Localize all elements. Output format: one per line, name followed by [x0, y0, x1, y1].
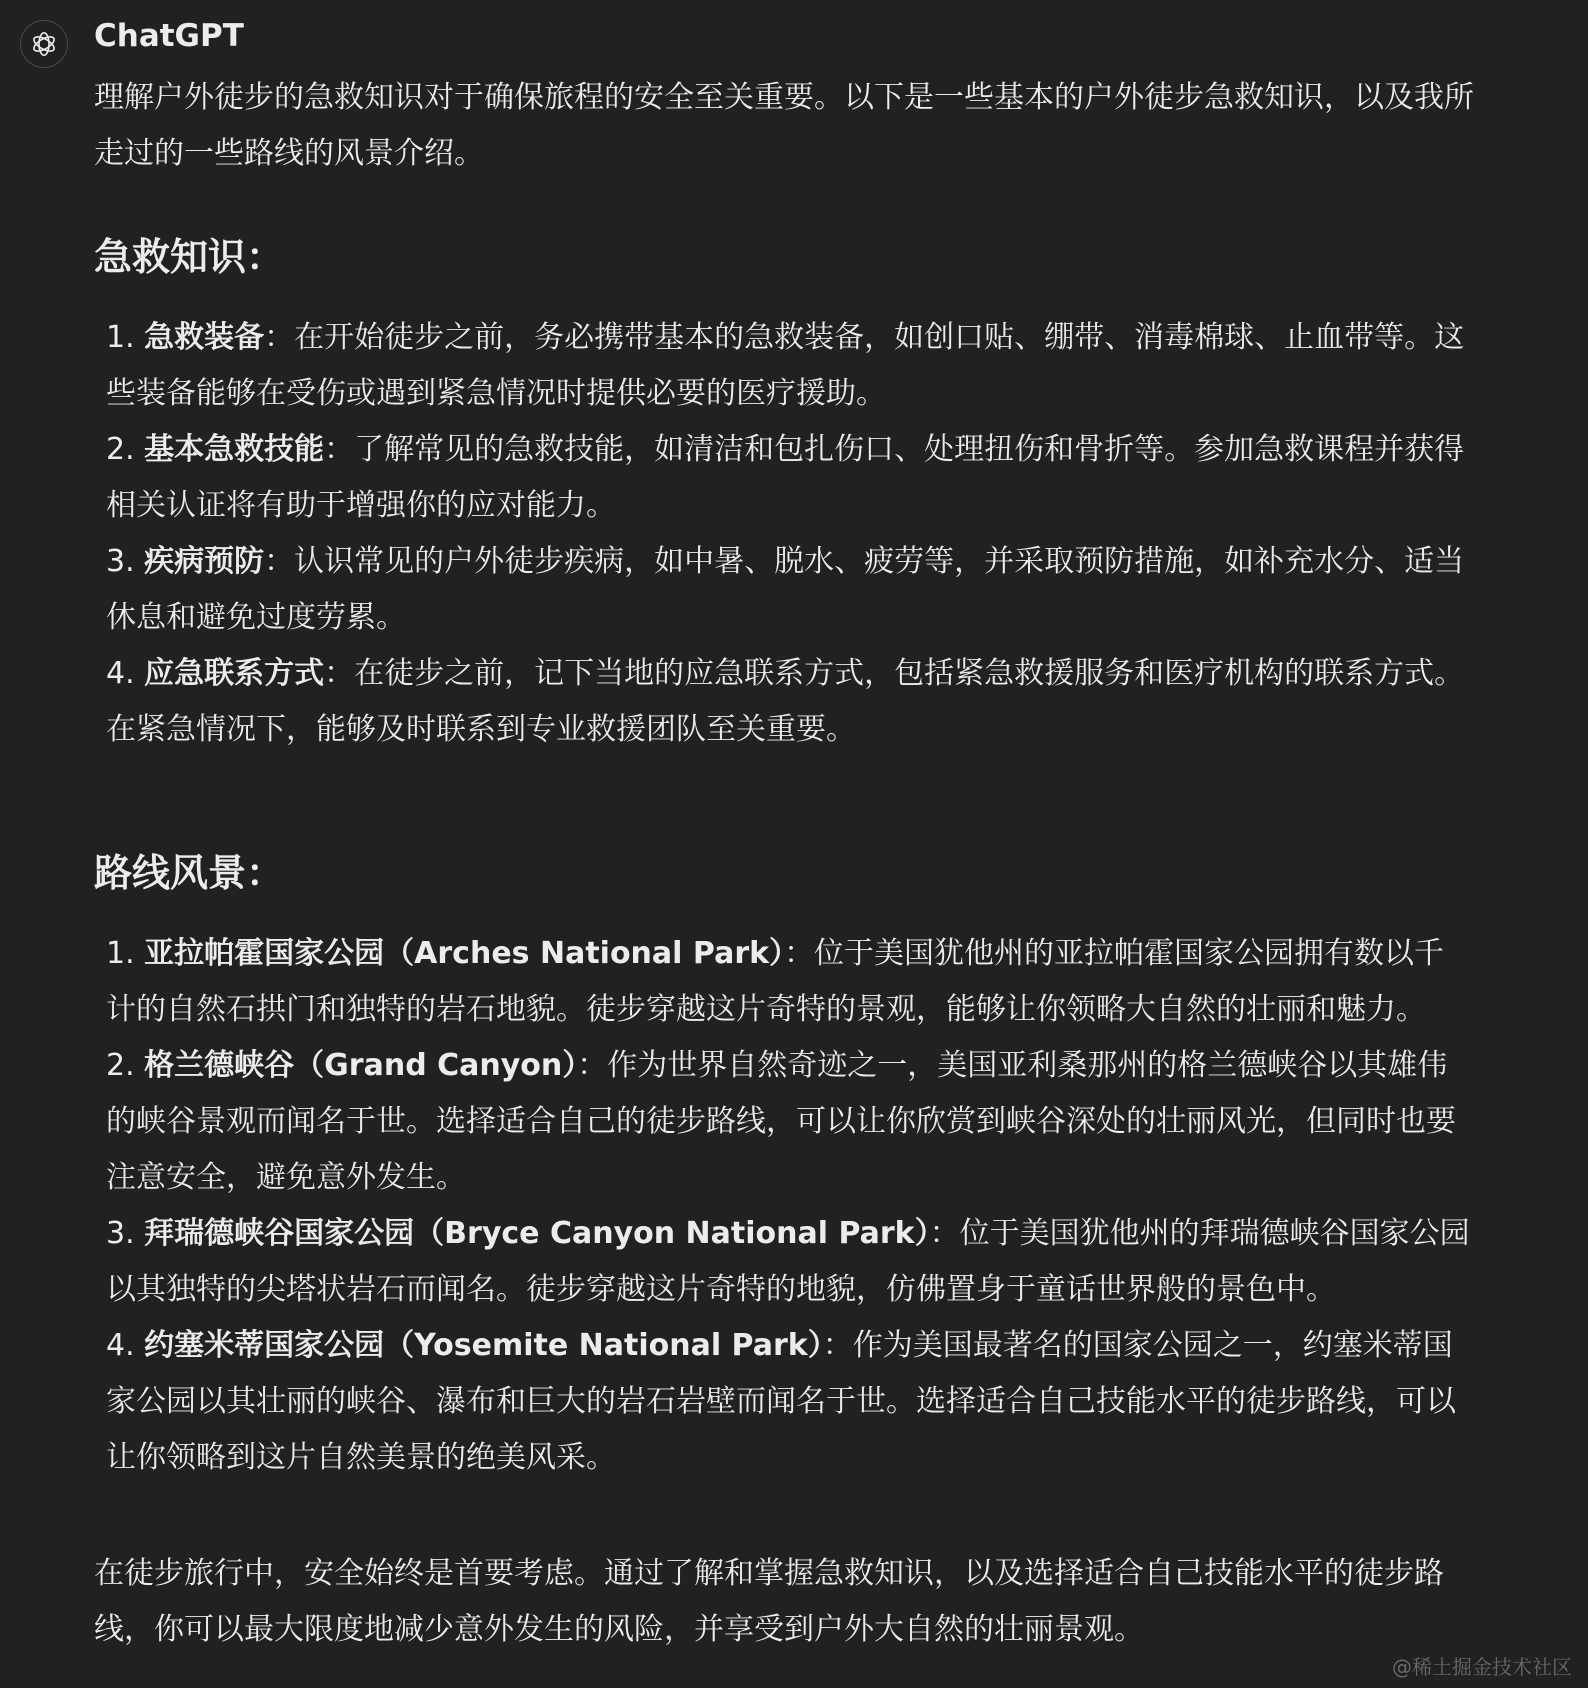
- list-item: 3. 疾病预防：认识常见的户外徒步疾病，如中暑、脱水、疲劳等，并采取预防措施，如…: [106, 534, 1474, 646]
- list-item: 4. 应急联系方式：在徒步之前，记下当地的应急联系方式，包括紧急救援服务和医疗机…: [106, 646, 1474, 758]
- intro-paragraph: 理解户外徒步的急救知识对于确保旅程的安全至关重要。以下是一些基本的户外徒步急救知…: [94, 70, 1474, 182]
- section-heading-routes: 路线风景：: [94, 848, 1474, 898]
- list-item: 2. 格兰德峡谷（Grand Canyon）：作为世界自然奇迹之一，美国亚利桑那…: [106, 1038, 1474, 1206]
- list-item: 4. 约塞米蒂国家公园（Yosemite National Park）：作为美国…: [106, 1318, 1474, 1486]
- list-item: 2. 基本急救技能：了解常见的急救技能，如清洁和包扎伤口、处理扭伤和骨折等。参加…: [106, 422, 1474, 534]
- conclusion-paragraph: 在徒步旅行中，安全始终是首要考虑。通过了解和掌握急救知识，以及选择适合自己技能水…: [94, 1546, 1474, 1658]
- list-item: 3. 拜瑞德峡谷国家公园（Bryce Canyon National Park）…: [106, 1206, 1474, 1318]
- first-aid-list: 1. 急救装备：在开始徒步之前，务必携带基本的急救装备，如创口贴、绷带、消毒棉球…: [94, 310, 1474, 758]
- chatgpt-avatar: [20, 20, 68, 68]
- section-heading-first-aid: 急救知识：: [94, 232, 1474, 282]
- list-item: 1. 急救装备：在开始徒步之前，务必携带基本的急救装备，如创口贴、绷带、消毒棉球…: [106, 310, 1474, 422]
- sender-name: ChatGPT: [94, 18, 244, 54]
- message-content: 理解户外徒步的急救知识对于确保旅程的安全至关重要。以下是一些基本的户外徒步急救知…: [94, 70, 1474, 1658]
- routes-list: 1. 亚拉帕霍国家公园（Arches National Park）：位于美国犹他…: [94, 926, 1474, 1486]
- openai-logo-icon: [29, 29, 59, 59]
- watermark: @稀土掘金技术社区: [1392, 1651, 1572, 1680]
- list-item: 1. 亚拉帕霍国家公园（Arches National Park）：位于美国犹他…: [106, 926, 1474, 1038]
